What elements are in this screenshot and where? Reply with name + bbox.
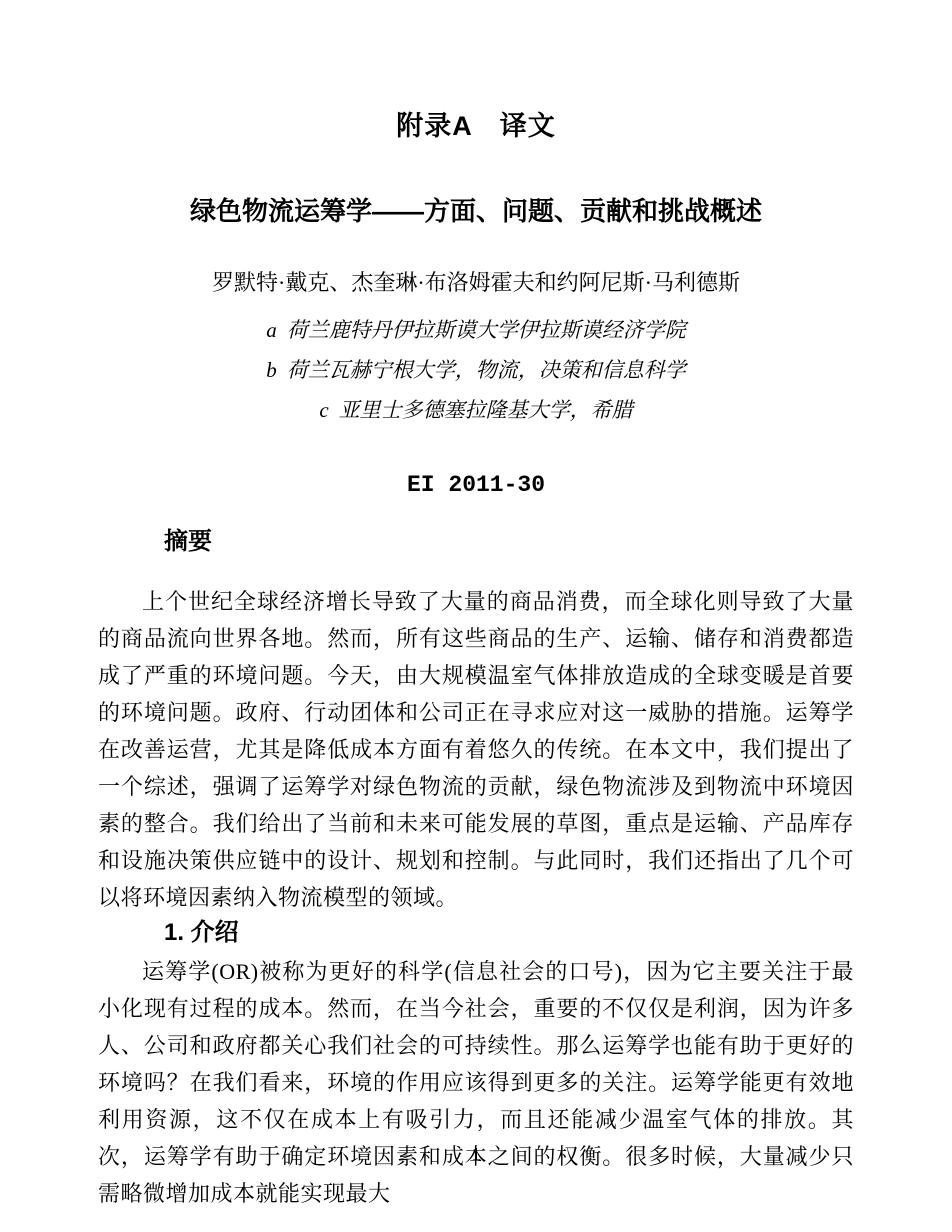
affiliations-block: a荷兰鹿特丹伊拉斯谟大学伊拉斯谟经济学院 b荷兰瓦赫宁根大学，物流，决策和信息科… (98, 316, 854, 424)
affiliation-row: c亚里士多德塞拉隆基大学，希腊 (98, 396, 854, 424)
document-page: 附录A 译文 绿色物流运筹学——方面、问题、贡献和挑战概述 罗默特·戴克、杰奎琳… (0, 0, 952, 1232)
appendix-title: 附录A 译文 (98, 0, 854, 142)
document-content: 附录A 译文 绿色物流运筹学——方面、问题、贡献和挑战概述 罗默特·戴克、杰奎琳… (98, 0, 854, 1212)
affiliation-marker: b (266, 358, 277, 382)
affiliation-text: 亚里士多德塞拉隆基大学，希腊 (339, 398, 633, 422)
affiliation-marker: a (266, 318, 277, 342)
section-1-paragraph: 运筹学(OR)被称为更好的科学(信息社会的口号)，因为它主要关注于最小化现有过程… (98, 953, 854, 1212)
affiliation-row: b荷兰瓦赫宁根大学，物流，决策和信息科学 (98, 356, 854, 384)
affiliation-text: 荷兰瓦赫宁根大学，物流，决策和信息科学 (287, 358, 686, 382)
abstract-heading: 摘要 (98, 527, 854, 557)
affiliation-text: 荷兰鹿特丹伊拉斯谟大学伊拉斯谟经济学院 (287, 318, 686, 342)
affiliation-marker: c (319, 398, 328, 422)
paper-title: 绿色物流运筹学——方面、问题、贡献和挑战概述 (98, 195, 854, 227)
authors-line: 罗默特·戴克、杰奎琳·布洛姆霍夫和约阿尼斯·马利德斯 (98, 268, 854, 298)
affiliation-row: a荷兰鹿特丹伊拉斯谟大学伊拉斯谟经济学院 (98, 316, 854, 344)
page-number: 1 (0, 1143, 952, 1165)
section-1-heading: 1. 介绍 (98, 916, 854, 950)
abstract-paragraph: 上个世纪全球经济增长导致了大量的商品消费，而全球化则导致了大量的商品流向世界各地… (98, 583, 854, 916)
report-id: EI 2011-30 (98, 470, 854, 500)
